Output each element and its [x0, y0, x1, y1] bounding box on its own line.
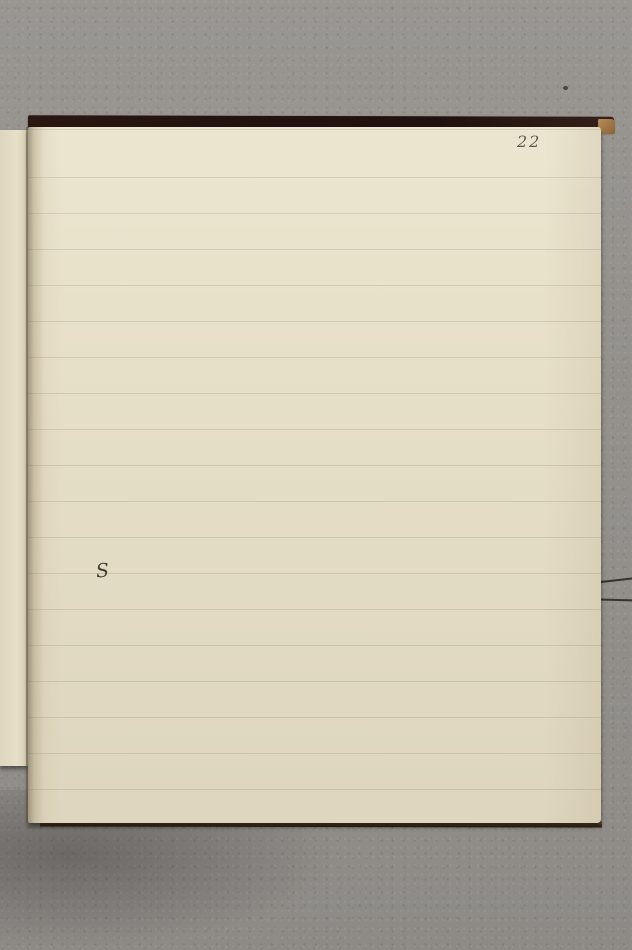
page-number: 22 [517, 132, 541, 151]
dust-speck [563, 86, 568, 90]
left-page-edge [0, 130, 30, 766]
insertion-mark: S [95, 559, 110, 582]
notebook-page [28, 127, 601, 823]
